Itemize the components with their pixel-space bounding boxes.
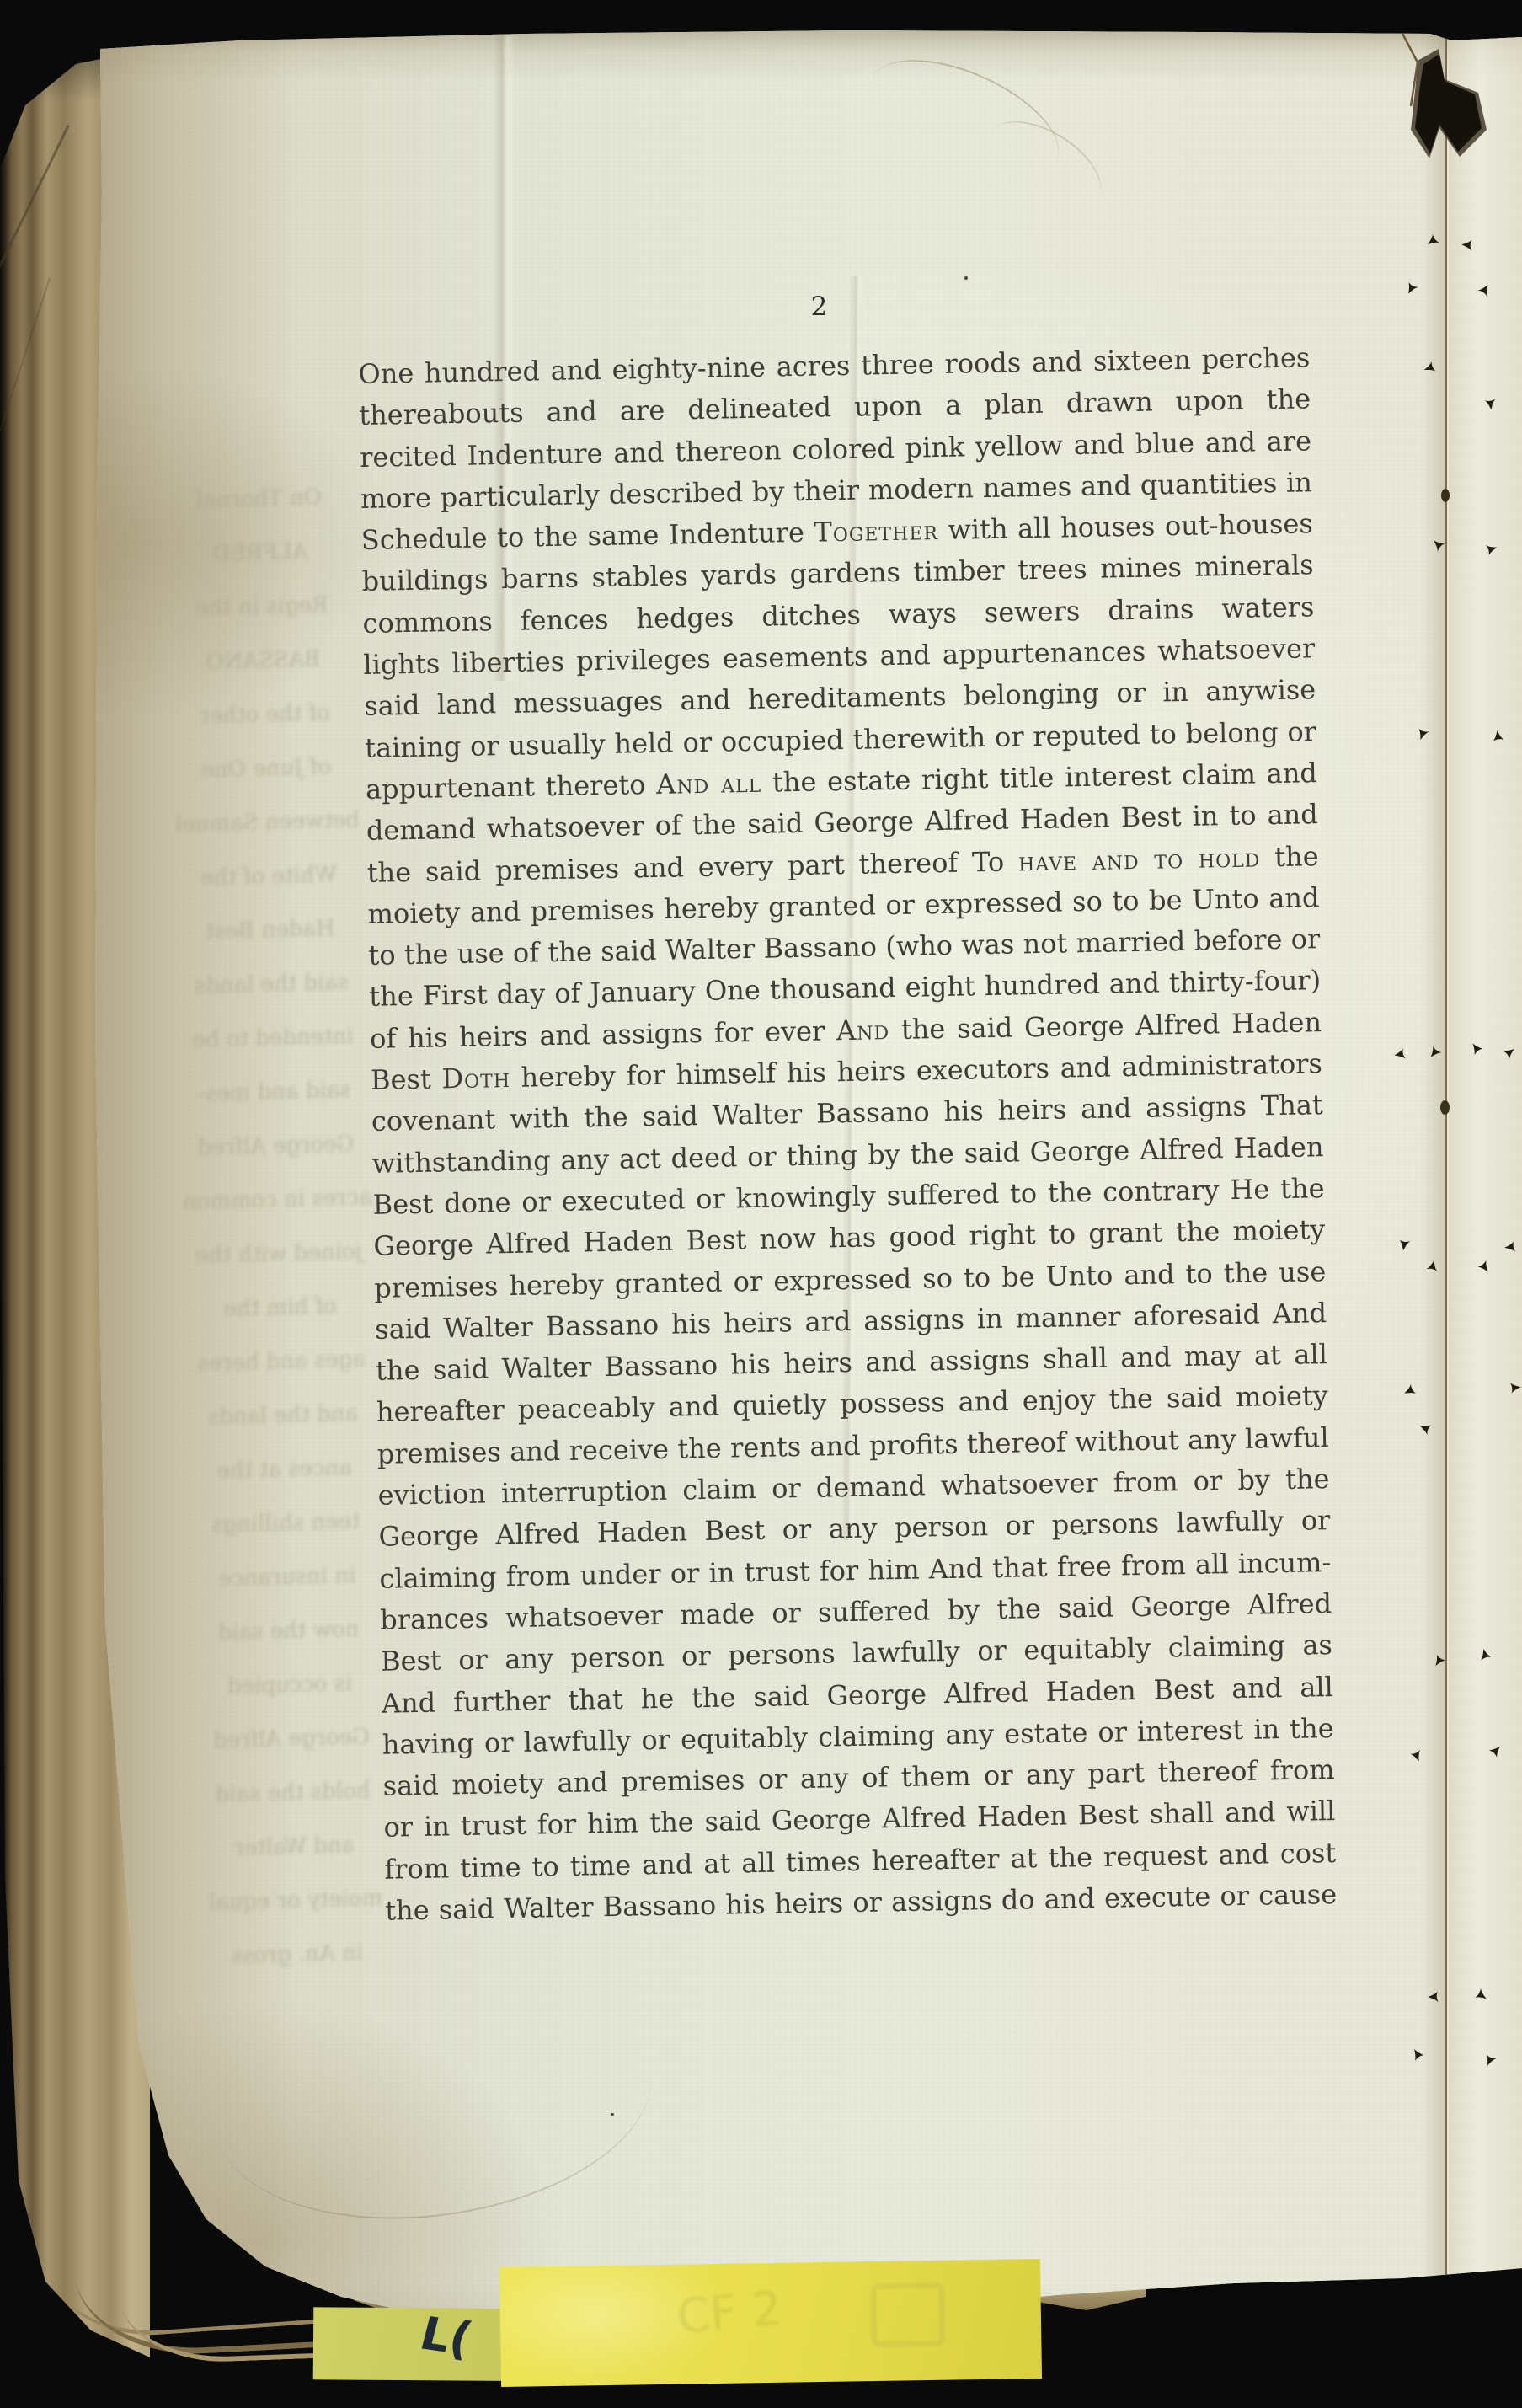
handwriting-impression: CF 2 <box>675 2282 784 2345</box>
show-through-line: BASSANO <box>145 631 382 691</box>
show-through-line: now the said <box>170 1601 408 1661</box>
show-through-line: ALFRED <box>142 523 379 583</box>
stitch-hole-mark <box>1392 1045 1412 1062</box>
show-through-line: White of the <box>150 846 387 906</box>
show-through-line: George Alfred <box>158 1116 395 1175</box>
page-seam <box>1445 30 1447 2290</box>
seam-stain <box>1441 489 1450 502</box>
stitch-hole-mark <box>1412 2047 1426 2063</box>
page-number: 2 <box>794 292 845 322</box>
show-through-line: of the other <box>146 685 383 745</box>
impression-box-mark <box>870 2282 945 2347</box>
show-through-line: said the lands <box>153 954 391 1014</box>
stitch-hole-mark <box>1432 537 1447 554</box>
document-scan-screenshot: On ThornalALFREDRegis in theBASSANOof th… <box>0 0 1522 2408</box>
show-through-line: Regis in the <box>143 577 381 637</box>
ink-speck <box>611 2113 614 2116</box>
stitch-hole-mark <box>1402 1383 1419 1398</box>
stitch-hole-mark <box>1501 1047 1516 1060</box>
show-through-line: in insurance <box>168 1547 406 1607</box>
show-through-line: between Samuel <box>149 793 387 853</box>
sticky-note-front: CF 2 <box>499 2259 1042 2387</box>
stitch-hole-mark <box>1426 233 1441 246</box>
stitch-hole-mark <box>1471 1042 1484 1057</box>
show-through-line: ages and heres <box>163 1331 400 1391</box>
show-through-line: in An. gross <box>179 1924 416 1984</box>
show-through-line: teen shillings <box>167 1493 404 1553</box>
paper-tear <box>1350 29 1522 197</box>
show-through-line: of him the <box>162 1277 399 1337</box>
stitch-hole-mark <box>1487 1745 1503 1760</box>
show-through-line: said and mes- <box>156 1062 393 1121</box>
show-through-line: acres in common <box>158 1169 396 1229</box>
stitch-hole-mark <box>1394 1233 1413 1253</box>
show-through-line: holds the said <box>174 1763 412 1822</box>
document-text: One hundred and eighty-nine acres three … <box>358 337 1338 1932</box>
document-page: On ThornalALFREDRegis in theBASSANOof th… <box>88 24 1522 2383</box>
stitch-hole-mark <box>1477 1259 1490 1274</box>
show-through-line: and the lands <box>164 1385 402 1445</box>
show-through-line: joined with the <box>160 1223 398 1283</box>
show-through-line: ances at the <box>166 1439 403 1499</box>
show-through-line: George Alfred <box>173 1709 410 1769</box>
show-through-line: and Walter <box>175 1817 413 1876</box>
show-through-line: is occupied <box>171 1655 409 1715</box>
show-through-line: intended to be <box>154 1008 392 1068</box>
ink-speck <box>964 276 968 280</box>
paper-crease <box>201 1957 667 2245</box>
show-through-line: of June One <box>147 739 385 799</box>
facing-page-strip <box>1449 24 1522 2290</box>
show-through-line: Haden Best <box>152 900 389 960</box>
stitch-hole-mark <box>1402 278 1422 296</box>
seam-stain <box>1440 1100 1450 1115</box>
show-through-line: moiety or equal <box>177 1870 414 1930</box>
handwritten-ink-mark: L( <box>415 2307 478 2366</box>
show-through-text: On ThornalALFREDRegis in theBASSANOof th… <box>141 469 416 1985</box>
show-through-line: On Thornal <box>141 469 378 529</box>
